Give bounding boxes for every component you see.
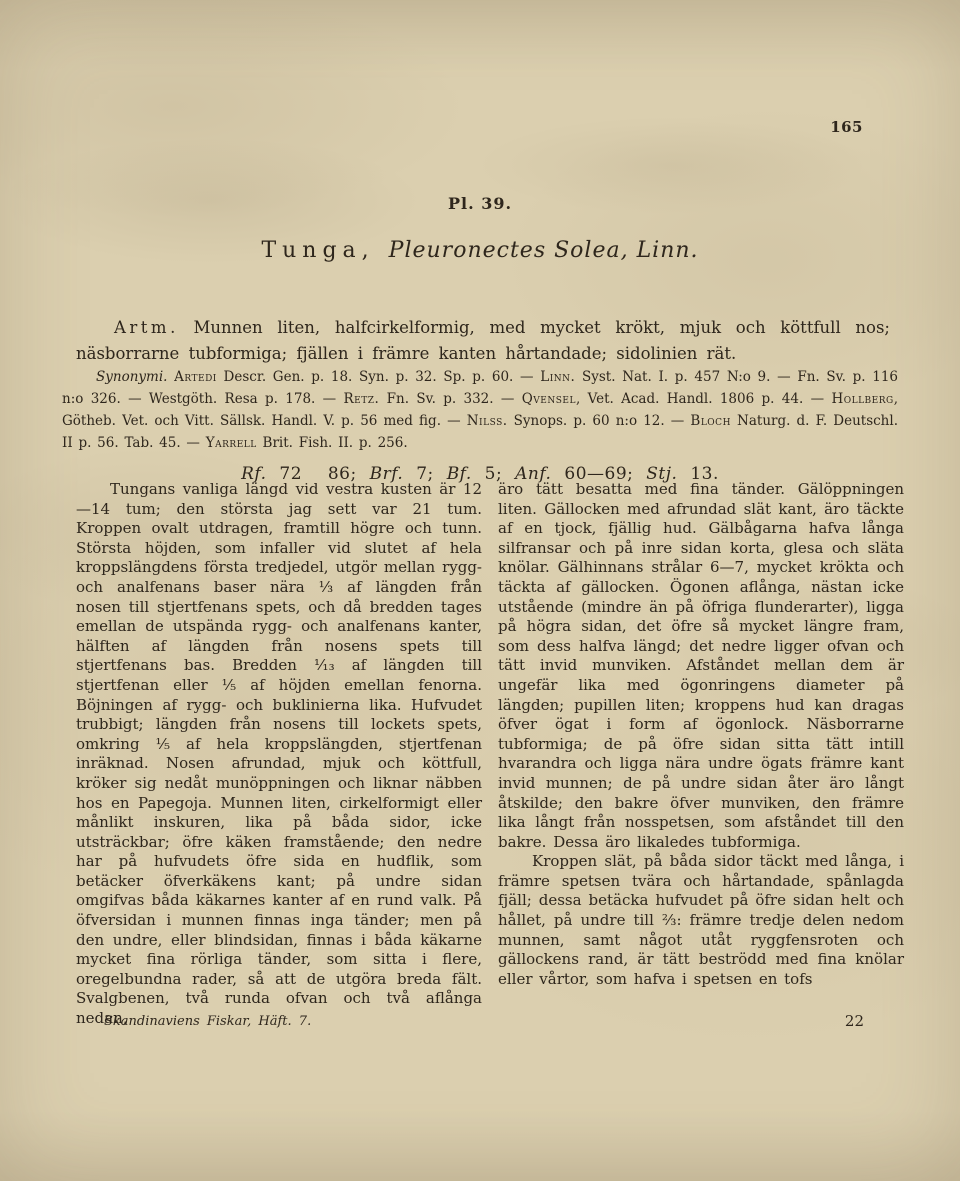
book-page: 165 Pl. 39. Tunga,Pleuronectes Solea, Li…: [0, 0, 960, 1181]
plate-label: Pl. 39.: [0, 194, 960, 213]
text-columns: Tungans vanliga längd vid vestra kusten …: [76, 480, 904, 1029]
body-paragraph: Tungans vanliga längd vid vestra kusten …: [76, 480, 482, 1029]
body-paragraph: äro tätt besatta med fina tänder. Gälöpp…: [498, 480, 904, 852]
species-common-name: Tunga,: [261, 238, 374, 263]
work-title-footer: Skandinaviens Fiskar, Häft. 7.: [104, 1014, 311, 1029]
signature-number: 22: [845, 1012, 864, 1030]
synonymy-paragraph: Synonymi. Artedi Descr. Gen. p. 18. Syn.…: [62, 366, 898, 454]
diagnosis-paragraph: Artm. Munnen liten, halfcirkelformig, me…: [76, 315, 890, 367]
page-number: 165: [830, 118, 863, 136]
species-latin-name: Pleuronectes Solea, Linn.: [389, 238, 699, 263]
left-column: Tungans vanliga längd vid vestra kusten …: [76, 480, 482, 1029]
body-paragraph: Kroppen slät, på båda sidor täckt med lå…: [498, 852, 904, 989]
species-title: Tunga,Pleuronectes Solea, Linn.: [0, 238, 960, 263]
right-column: äro tätt besatta med fina tänder. Gälöpp…: [498, 480, 904, 1029]
